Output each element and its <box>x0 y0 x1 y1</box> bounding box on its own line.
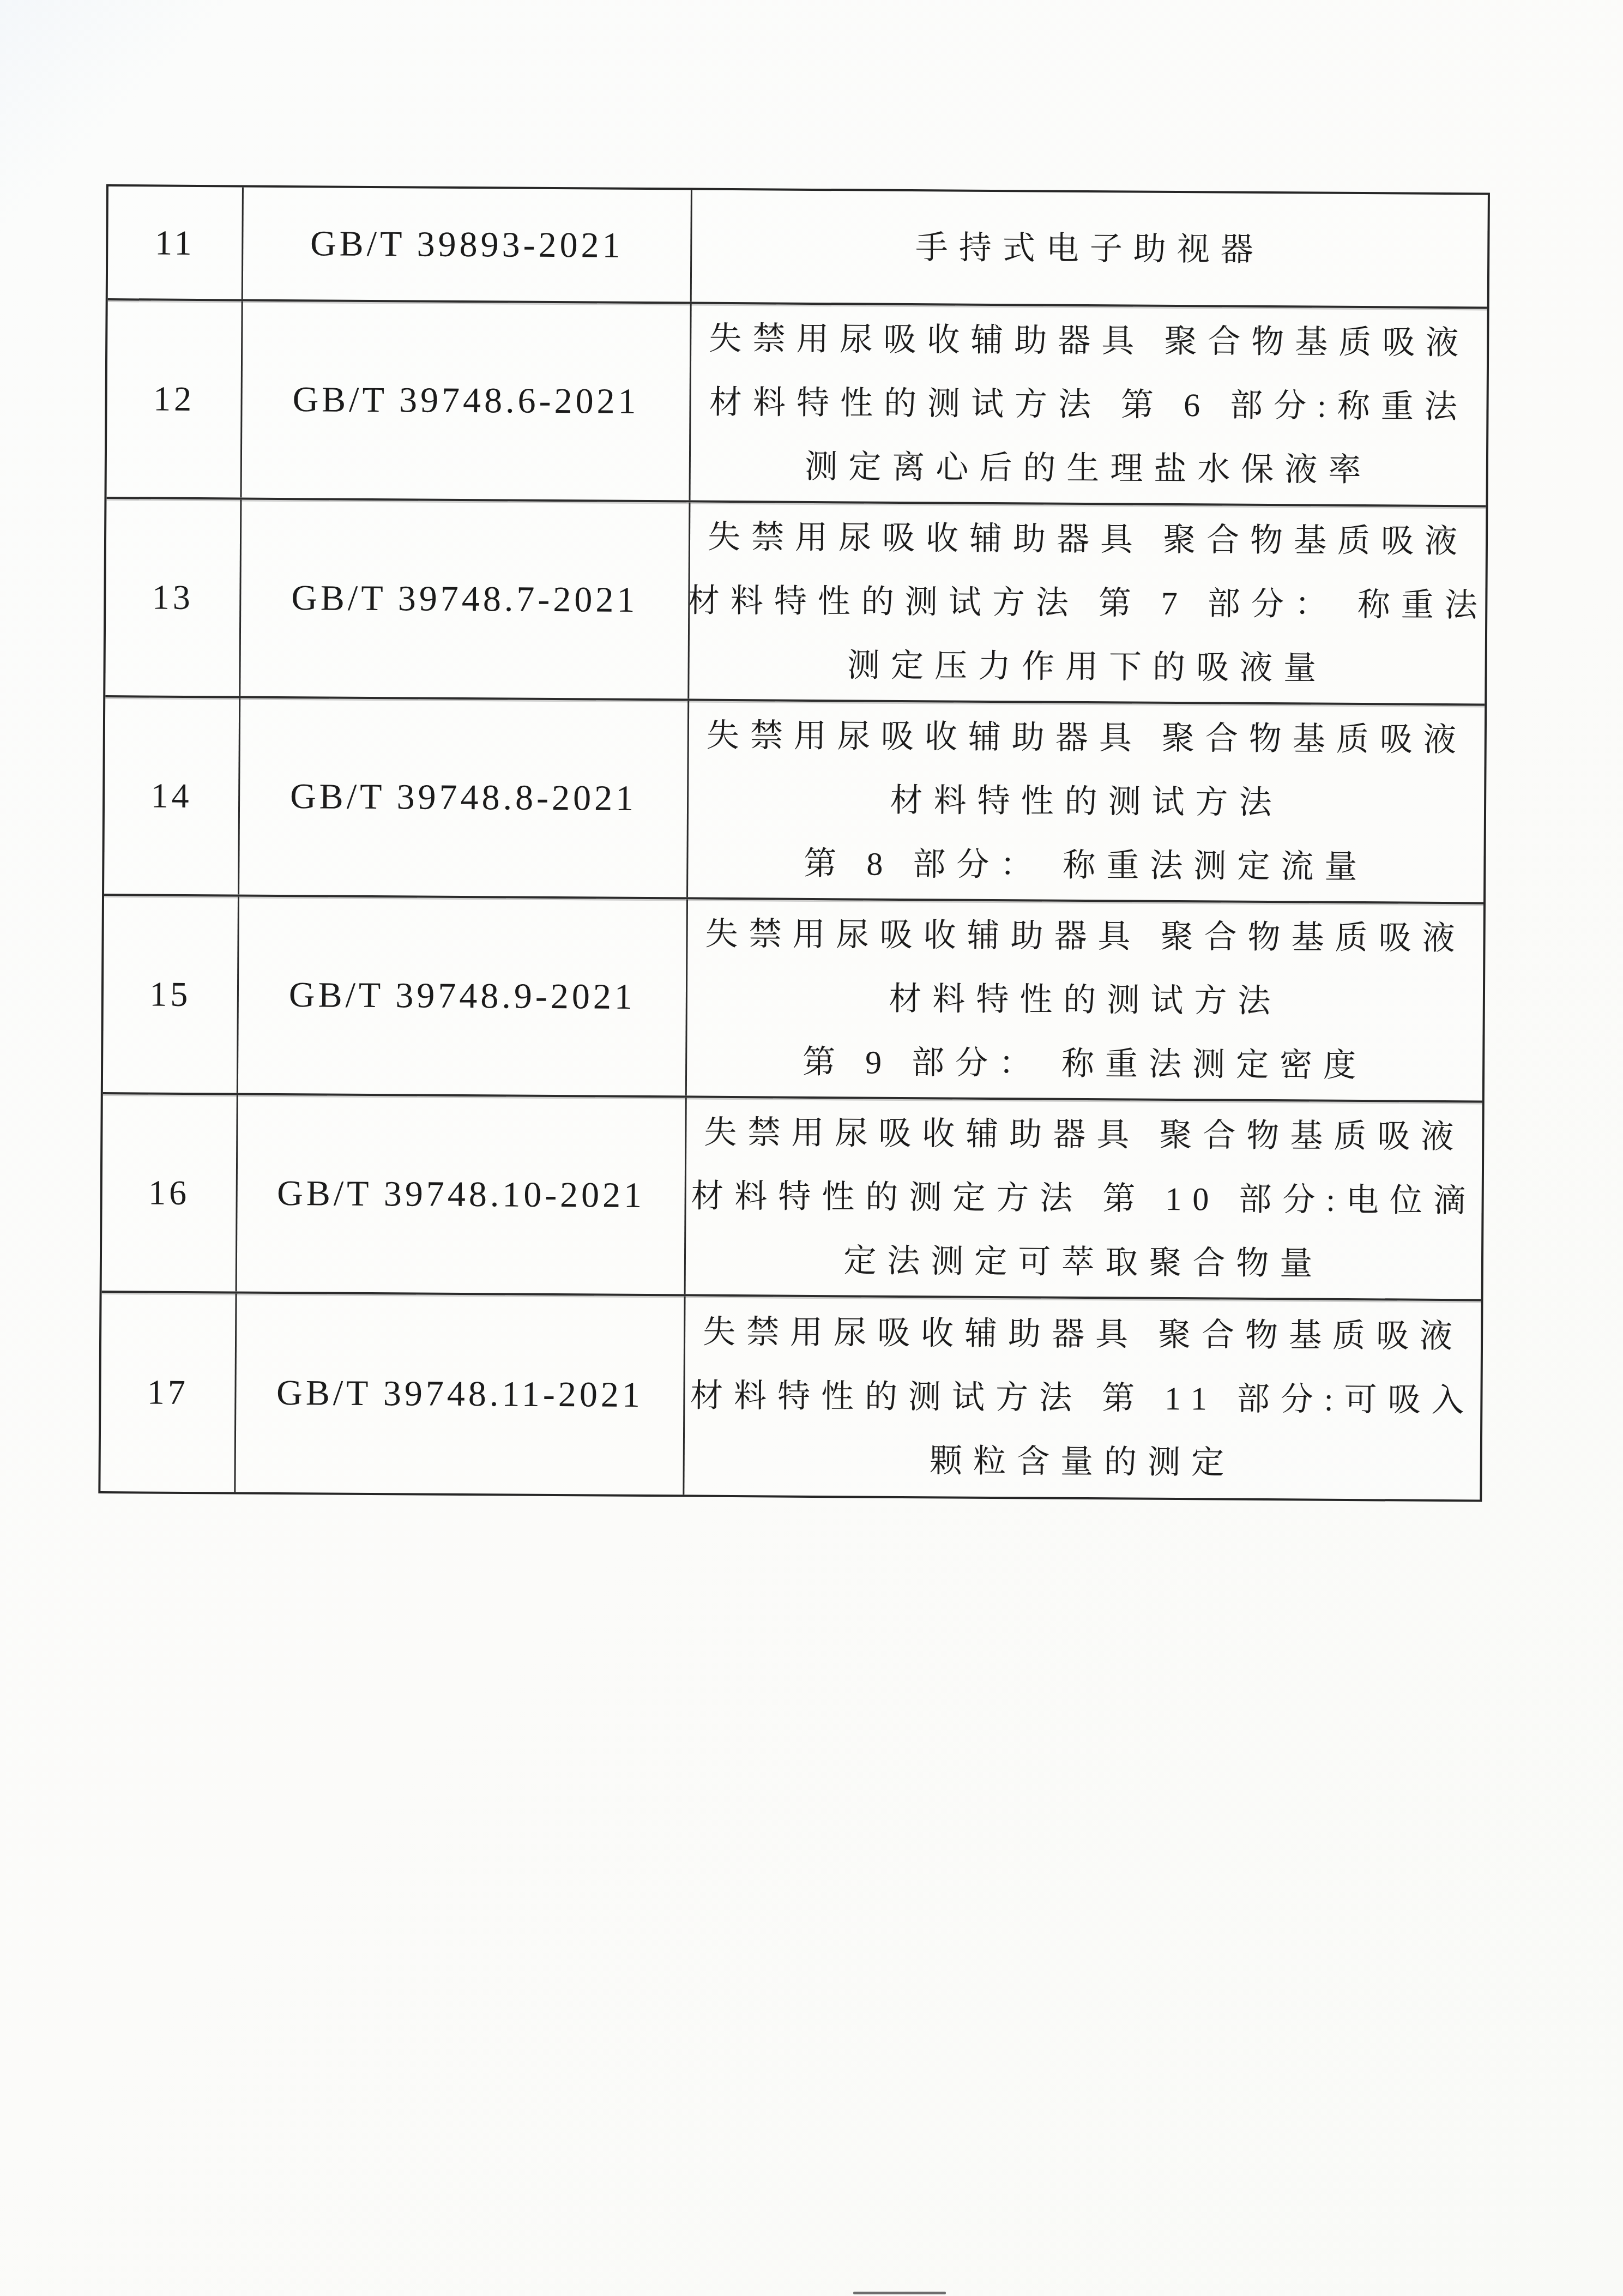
row-number: 16 <box>148 1173 190 1213</box>
standard-title-line: 第 8 部分： 称重法测定流量 <box>804 831 1368 899</box>
standard-title-line: 材料特性的测试方法 第 6 部分:称重法 <box>709 370 1468 438</box>
standard-code-cell: GB/T 39893-2021 <box>243 188 692 302</box>
table-row: 14 GB/T 39748.8-2021 失禁用尿吸收辅助器具 聚合物基质吸液材… <box>104 697 1485 904</box>
standard-title-line: 失禁用尿吸收辅助器具 聚合物基质吸液 <box>706 703 1467 772</box>
table-row: 15 GB/T 39748.9-2021 失禁用尿吸收辅助器具 聚合物基质吸液材… <box>103 896 1483 1102</box>
standard-code-cell: GB/T 39748.9-2021 <box>238 897 688 1096</box>
standard-code: GB/T 39748.6-2021 <box>292 379 639 423</box>
row-number: 13 <box>152 577 194 618</box>
standard-title-cell: 失禁用尿吸收辅助器具 聚合物基质吸液材料特性的测试方法 第 7 部分： 称重法测… <box>689 503 1486 704</box>
row-number: 17 <box>147 1372 189 1413</box>
scan-artifact-line <box>853 2292 946 2294</box>
standard-code-cell: GB/T 39748.11-2021 <box>236 1294 685 1495</box>
table-row: 12 GB/T 39748.6-2021 失禁用尿吸收辅助器具 聚合物基质吸液材… <box>106 300 1487 507</box>
standard-code-cell: GB/T 39748.8-2021 <box>239 698 689 897</box>
table-row: 11 GB/T 39893-2021 手持式电子助视器 <box>108 186 1488 309</box>
standard-title-cell: 失禁用尿吸收辅助器具 聚合物基质吸液材料特性的测试方法第 9 部分： 称重法测定… <box>687 900 1483 1101</box>
standard-title-cell: 手持式电子助视器 <box>692 190 1488 307</box>
row-number-cell: 14 <box>104 697 240 895</box>
standard-code: GB/T 39748.10-2021 <box>277 1173 645 1216</box>
row-number-cell: 15 <box>103 896 239 1093</box>
standard-title-line: 测定压力作用下的吸液量 <box>847 634 1328 700</box>
standard-code-cell: GB/T 39748.7-2021 <box>240 500 690 699</box>
row-number: 12 <box>153 379 195 419</box>
table-row: 17 GB/T 39748.11-2021 失禁用尿吸收辅助器具 聚合物基质吸液… <box>100 1293 1481 1499</box>
standard-code-cell: GB/T 39748.6-2021 <box>242 302 691 501</box>
standard-title-line: 失禁用尿吸收辅助器具 聚合物基质吸液 <box>705 902 1466 971</box>
standard-title-line: 测定离心后的生理盐水保液率 <box>805 435 1372 502</box>
table-row: 16 GB/T 39748.10-2021 失禁用尿吸收辅助器具 聚合物基质吸液… <box>102 1094 1482 1301</box>
standard-title-cell: 失禁用尿吸收辅助器具 聚合物基质吸液材料特性的测定方法 第 10 部分:电位滴定… <box>686 1098 1482 1299</box>
standard-title-cell: 失禁用尿吸收辅助器具 聚合物基质吸液材料特性的测试方法第 8 部分： 称重法测定… <box>688 701 1485 902</box>
standards-table: 11 GB/T 39893-2021 手持式电子助视器 12 GB/T 3974… <box>98 184 1490 1502</box>
row-number-cell: 13 <box>105 499 242 696</box>
row-number-cell: 11 <box>108 186 244 299</box>
standard-title-cell: 失禁用尿吸收辅助器具 聚合物基质吸液材料特性的测试方法 第 6 部分:称重法测定… <box>690 304 1487 505</box>
row-number: 15 <box>149 974 191 1015</box>
standard-title-line: 材料特性的测试方法 第 7 部分： 称重法 <box>689 569 1486 637</box>
standard-title-line: 材料特性的测试方法 <box>889 967 1282 1033</box>
row-number: 14 <box>150 776 192 816</box>
standard-title-line: 失禁用尿吸收辅助器具 聚合物基质吸液 <box>709 306 1470 375</box>
standard-code: GB/T 39748.8-2021 <box>290 776 637 819</box>
standard-title-line: 定法测定可萃取聚合物量 <box>843 1229 1324 1295</box>
row-number-cell: 12 <box>106 300 243 498</box>
standard-title-line: 失禁用尿吸收辅助器具 聚合物基质吸液 <box>704 1100 1465 1169</box>
standard-title-line: 失禁用尿吸收辅助器具 聚合物基质吸液 <box>708 505 1469 574</box>
standard-code: GB/T 39893-2021 <box>310 223 624 267</box>
standard-code: GB/T 39748.7-2021 <box>291 577 638 621</box>
standard-title-line: 材料特性的测试方法 <box>890 768 1283 834</box>
standard-code: GB/T 39748.11-2021 <box>276 1372 643 1416</box>
scanned-document-page: 11 GB/T 39893-2021 手持式电子助视器 12 GB/T 3974… <box>0 0 1623 2296</box>
table-row: 13 GB/T 39748.7-2021 失禁用尿吸收辅助器具 聚合物基质吸液材… <box>105 499 1486 706</box>
standard-title-line: 颗粒含量的测定 <box>930 1429 1235 1494</box>
standard-title-line: 材料特性的测定方法 第 10 部分:电位滴 <box>691 1164 1477 1233</box>
standard-title-line: 第 9 部分： 称重法测定密度 <box>803 1030 1367 1097</box>
standard-title-line: 材料特性的测试方法 第 11 部分:可吸入 <box>690 1364 1475 1432</box>
row-number-cell: 16 <box>102 1094 238 1292</box>
standard-code: GB/T 39748.9-2021 <box>289 974 636 1018</box>
standard-code-cell: GB/T 39748.10-2021 <box>237 1095 687 1294</box>
standard-title-cell: 失禁用尿吸收辅助器具 聚合物基质吸液材料特性的测试方法 第 11 部分:可吸入颗… <box>684 1297 1481 1500</box>
standard-title-line: 失禁用尿吸收辅助器具 聚合物基质吸液 <box>703 1300 1464 1369</box>
row-number: 11 <box>155 222 195 263</box>
standard-title-line: 手持式电子助视器 <box>915 223 1265 274</box>
row-number-cell: 17 <box>100 1293 237 1492</box>
